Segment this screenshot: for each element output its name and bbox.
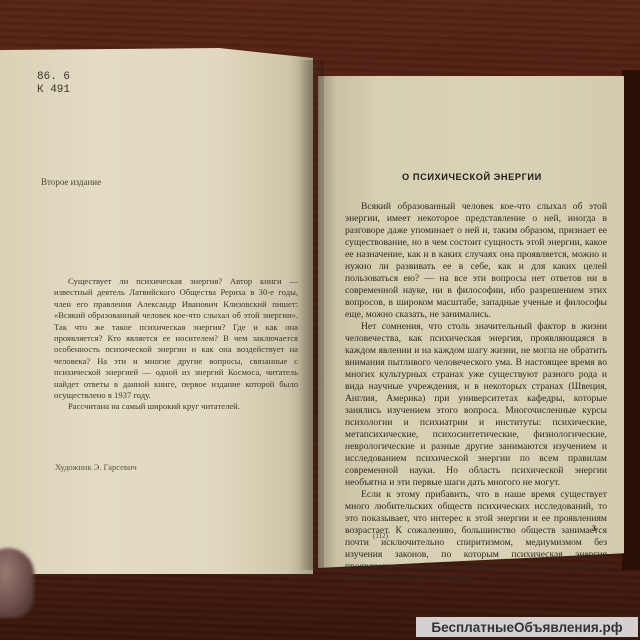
thumb [0, 548, 34, 618]
chapter-body: Всякий образованный человек кое-что слых… [345, 201, 607, 585]
catalog-index: К 491 [37, 84, 70, 97]
printer-signature: (112) [373, 532, 388, 540]
book-cover-edge [622, 70, 640, 570]
watermark: БесплатныеОбъявления.рф [416, 617, 638, 637]
book-spine-shadow [298, 60, 324, 570]
edition-label: Второе издание [41, 177, 101, 187]
annotation-block: Существует ли психическая энергия? Автор… [54, 276, 298, 413]
artist-credit: Художник Э. Гарсевич [55, 462, 137, 472]
catalog-code: 86. 6 [37, 71, 70, 84]
body-paragraph: Всякий образованный человек кое-что слых… [345, 201, 607, 321]
annotation-audience: Рассчитана на самый широкий круг читател… [54, 401, 298, 412]
annotation-paragraph: Существует ли психическая энергия? Автор… [54, 276, 298, 401]
body-paragraph: Нет сомнения, что столь значительный фак… [345, 321, 607, 489]
page-number: 3 [592, 524, 596, 533]
chapter-heading: О ПСИХИЧЕСКОЙ ЭНЕРГИИ [402, 172, 542, 182]
